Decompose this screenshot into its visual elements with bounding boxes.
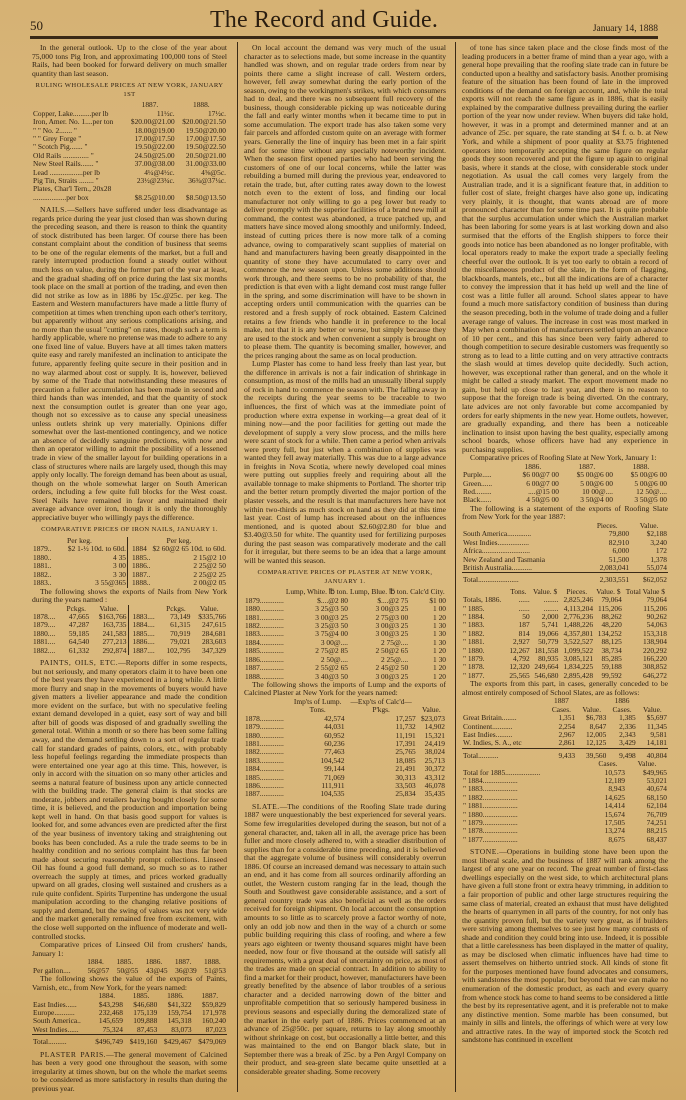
- table-cell: W. Indies, S. A., etc: [462, 739, 547, 748]
- table-cell: $419,160: [124, 1035, 158, 1047]
- nail-prices-table: Per keg.1879..$2 1-½ 10d. to 60d.1880..4…: [32, 537, 227, 588]
- table-row: 1887....102,795347,329: [132, 647, 228, 655]
- table-cell: $479,069: [193, 1035, 227, 1047]
- linseed-prices-table: 1884.1885.1886.1887.1888.Per gallon....5…: [32, 958, 227, 975]
- wholesale-prices-heading: Ruling wholesale prices at New York, Jan…: [32, 82, 227, 99]
- table-row: Total......................2,303,551$62,…: [462, 573, 668, 585]
- plaster-section: PLASTER PARIS.—The general movement of C…: [32, 1051, 227, 1094]
- masthead: 50 The Record and Guide. January 14, 188…: [30, 4, 658, 38]
- column-2: On local account the demand was very muc…: [244, 44, 446, 1094]
- column-3: of tone has since taken place and the cl…: [462, 44, 668, 1094]
- table-cell: 23½@23¾c.: [124, 177, 175, 185]
- table-cell: 87,453: [124, 1026, 158, 1035]
- issue-date: January 14, 1888: [548, 24, 658, 34]
- table-cell: 2,083,041: [584, 564, 630, 573]
- table-cell: $8.25@10.00: [124, 194, 175, 202]
- table-cell: 8,675: [590, 836, 626, 844]
- table-cell: $62,052: [630, 573, 668, 585]
- table-cell: 3,429: [607, 739, 636, 748]
- slate-continued-paragraph: of tone has since taken place and the cl…: [462, 44, 668, 454]
- plaster-trade-table: Imp'ts of Lump.—Exp'ts of Calc'd—Tons.P'…: [244, 698, 446, 799]
- table-cell: 1887.............: [244, 790, 290, 798]
- table-cell: 25,834: [346, 790, 417, 798]
- column-1: In the general outlook. Up to the close …: [32, 44, 227, 1094]
- table-cell: 36¾@37¼c.: [176, 177, 227, 185]
- table-cell: 75,324: [90, 1026, 124, 1035]
- table-row: 1887.............104,53525,83435,435: [244, 790, 446, 798]
- slate-exports-intro: The following is a statement of the expo…: [462, 505, 668, 522]
- table-cell: 61,332: [62, 647, 90, 655]
- table-cell: [244, 698, 290, 706]
- page-number: 50: [30, 18, 100, 34]
- lump-plaster-paragraph: Lump Plaster has come to hand less freel…: [244, 360, 446, 565]
- newspaper-page: 50 The Record and Guide. January 14, 188…: [0, 0, 686, 1100]
- table-cell: 2,861: [547, 739, 576, 748]
- paints-section: PAINTS, OILS, ETC.—Reports differ in som…: [32, 659, 227, 941]
- table-cell: 102,795: [160, 647, 191, 655]
- table-cell: Total...........: [462, 748, 547, 760]
- paint-exports-table: 1884.1885.1886.1887.East Indies......$43…: [32, 992, 227, 1046]
- plaster-prices-table: Lump, White. ℔ ton.Lump, Blue. ℔ ton.Cal…: [244, 588, 446, 680]
- slate-prices-table: 1886.1887.1888.Purple.....$6 00@7 00$5 0…: [462, 463, 668, 505]
- nail-exports-table: Pckgs.Value.1878....47,665$163,7661879..…: [32, 605, 227, 655]
- table-cell: 1882....: [32, 647, 62, 655]
- table-cell: Total......................: [462, 573, 584, 585]
- table-cell: Total..........: [32, 1035, 90, 1047]
- school-slates-table: 18871886Cases.Value.Cases.Value.Great Br…: [462, 697, 668, 760]
- table-row: West Indies......75,32487,45383,07387,02…: [32, 1026, 227, 1035]
- table-cell: British Australia...........: [462, 564, 584, 573]
- table-cell: $429,467: [158, 1035, 192, 1047]
- table-cell: 35,435: [417, 790, 446, 798]
- slate-exports-table: Pieces.Value.South America.............7…: [462, 522, 668, 585]
- table-cell: West Indies......: [32, 1026, 90, 1035]
- table-cell: 9,433: [547, 748, 576, 760]
- slate-section: SLATE.—The conditions of the Roofing Sla…: [244, 803, 446, 1077]
- column-divider: [455, 42, 456, 1092]
- table-cell: $496,749: [90, 1035, 124, 1047]
- table-cell: 292,874: [90, 647, 127, 655]
- school-slates-intro: The exports from this part, in cases, ge…: [462, 680, 668, 697]
- table-cell: " 1877...................: [462, 836, 590, 844]
- table-row: Total..........$496,749$419,160$429,467$…: [32, 1035, 227, 1047]
- table-cell: 2,303,551: [584, 573, 630, 585]
- table-row: ..................per box$8.25@10.00$8.5…: [32, 194, 227, 202]
- nail-prices-heading: Comparative prices of iron nails, Januar…: [32, 526, 227, 535]
- page-title: The Record and Guide.: [210, 7, 438, 34]
- table-row: " 1877...................8,67568,437: [462, 836, 668, 844]
- table-cell: 87,023: [193, 1026, 227, 1035]
- school-slates-history-table: Cases.Value.Total for 1885..............…: [462, 760, 668, 844]
- column-divider: [237, 42, 238, 1092]
- plaster-prices-heading: Comparative prices of plaster at New Yor…: [244, 569, 446, 586]
- intro-paragraph: In the general outlook. Up to the close …: [32, 44, 227, 78]
- masthead-rule: [30, 38, 658, 39]
- table-cell: 12,125: [576, 739, 607, 748]
- table-cell: 55,074: [630, 564, 668, 573]
- table-header: Imp'ts of Lump.—Exp'ts of Calc'd—: [244, 698, 446, 706]
- paint-exports-intro: The following shows the value of the exp…: [32, 975, 227, 992]
- table-row: British Australia...........2,083,04155,…: [462, 564, 668, 573]
- table-cell: 68,437: [626, 836, 668, 844]
- slate-totals-table: Tons.Value. $Pieces.Value. $Total Value …: [462, 588, 668, 680]
- table-cell: ..................per box: [32, 194, 124, 202]
- table-row: 1882....61,332292,874: [32, 647, 128, 655]
- table-cell: 347,329: [191, 647, 227, 655]
- table-cell: 14,181: [637, 739, 668, 748]
- table-cell: 1887....: [132, 647, 161, 655]
- table-cell: $8.50@13.50: [176, 194, 227, 202]
- table-cell: 104,535: [290, 790, 346, 798]
- nail-exports-intro: The following shows the exports of Nails…: [32, 588, 227, 605]
- table-cell: [462, 697, 547, 705]
- stone-section: STONE.—Operations in building stone have…: [462, 848, 668, 1045]
- plaster-trade-intro: The following shows the imports of Lump …: [244, 681, 446, 698]
- plaster-paragraph: On local account the demand was very muc…: [244, 44, 446, 360]
- table-cell: 83,073: [158, 1026, 192, 1035]
- linseed-intro: Comparative prices of Linseed Oil from c…: [32, 941, 227, 958]
- wholesale-prices-table: 1887.1888. Copper, Lake..........per lb1…: [32, 101, 227, 202]
- nails-section: NAILS.—Sellers have suffered under less …: [32, 206, 227, 522]
- table-row: W. Indies, S. A., etc2,86112,1253,42914,…: [462, 739, 668, 748]
